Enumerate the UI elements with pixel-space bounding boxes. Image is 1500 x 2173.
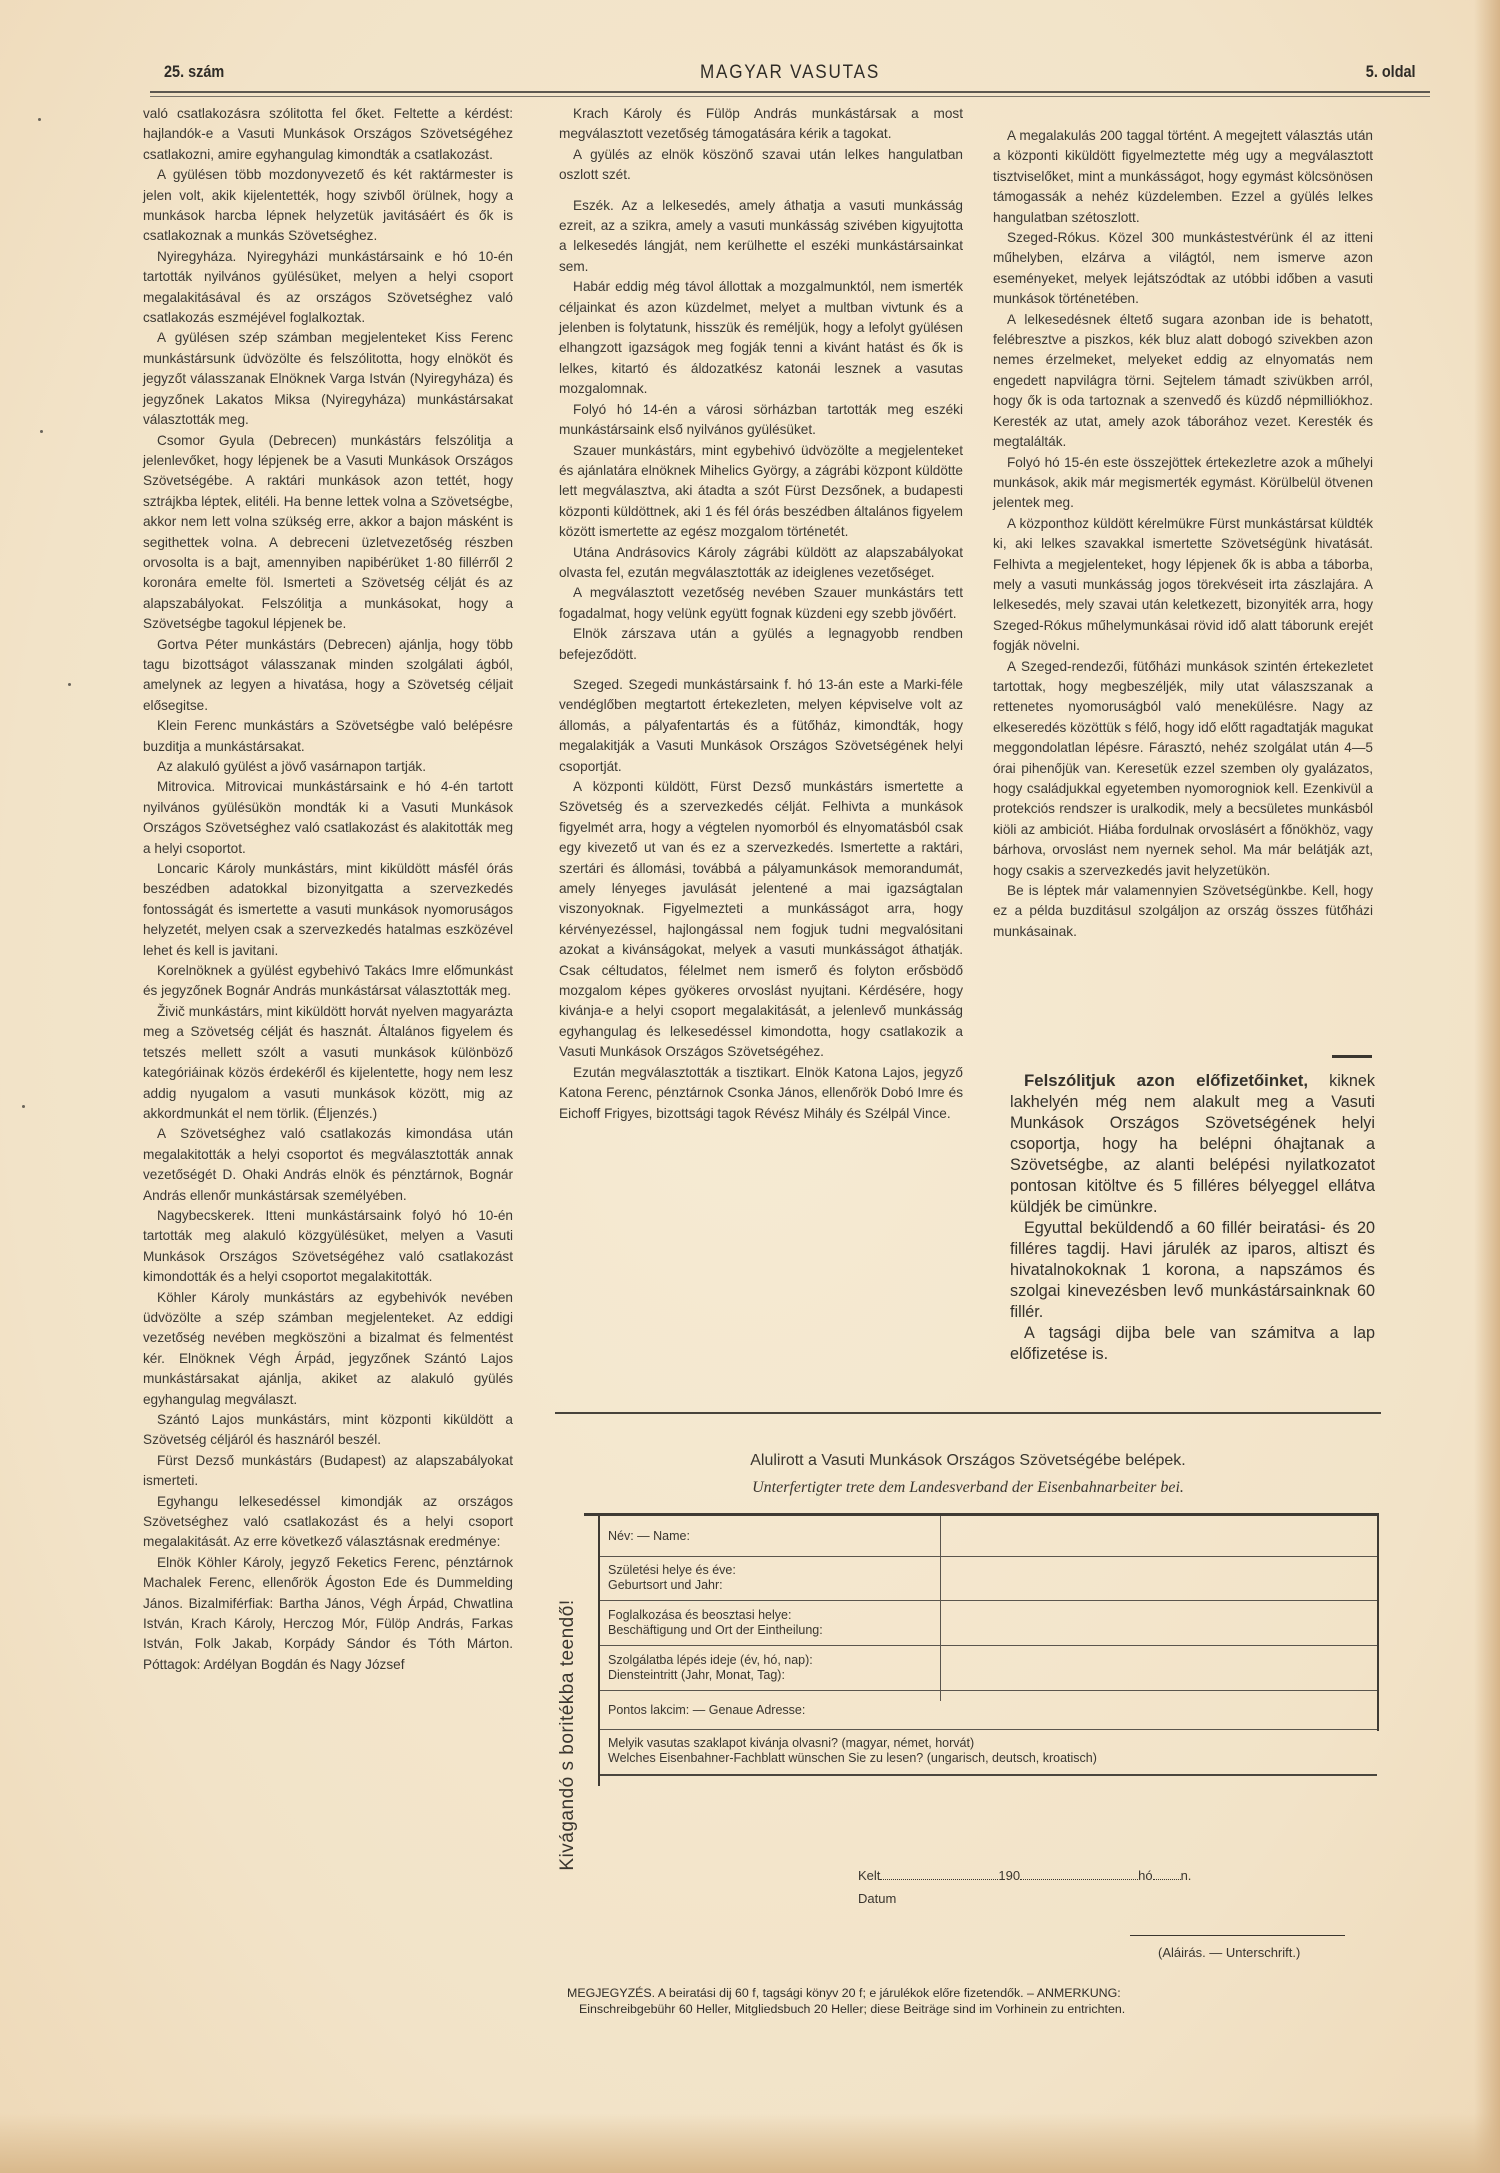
section-divider <box>1332 1055 1372 1058</box>
form-cut-line <box>555 1412 1381 1414</box>
form-field-occupation[interactable]: Foglalkozása és beosztasi helye:Beschäft… <box>600 1601 1377 1646</box>
signature-line[interactable] <box>1130 1935 1345 1936</box>
paragraph-szeged: Szeged. Szegedi munkástársaink f. hó 13-… <box>559 675 963 777</box>
paragraph-eszek: Eszék. Az a lelkesedés, amely áthatja a … <box>559 196 963 278</box>
appeal-text: kiknek lakhelyén még nem alakult meg a V… <box>1010 1072 1375 1216</box>
paragraph-nagybecskerek: Nagybecskerek. Itteni munkástársaink fol… <box>143 1206 513 1288</box>
paragraph: Elnök zárszava után a gyülés a legnagyob… <box>559 624 963 665</box>
paragraph: A gyülés az elnök köszönő szavai után le… <box>559 145 963 186</box>
paragraph: Živič munkástárs, mint kiküldött horvát … <box>143 1002 513 1124</box>
paragraph: Loncaric Károly munkástárs, mint kiküldö… <box>143 859 513 961</box>
form-field-service-start[interactable]: Szolgálatba lépés ideje (év, hó, nap):Di… <box>600 1646 1377 1691</box>
paragraph: Köhler Károly munkástárs az egybehivók n… <box>143 1288 513 1410</box>
paragraph: Gortva Péter munkástárs (Debrecen) ajánl… <box>143 635 513 717</box>
paper-edge-shadow-right <box>1474 0 1500 2173</box>
paragraph: A Szövetséghez való csatlakozás kimondás… <box>143 1124 513 1206</box>
page-number: 5. oldal <box>1366 62 1416 82</box>
column-1: való csatlakozásra szólitotta fel őket. … <box>143 104 513 1675</box>
paper-speck <box>68 683 71 686</box>
appeal-fees: Egyuttal beküldendő a 60 fillér beiratás… <box>1010 1218 1375 1323</box>
paragraph: Az alakuló gyülést a jövő vasárnapon tar… <box>143 757 513 777</box>
form-field-birthplace[interactable]: Születési helye és éve:Geburtsort und Ja… <box>600 1557 1377 1601</box>
form-title-hungarian: Alulirott a Vasuti Munkások Országos Szö… <box>555 1452 1381 1470</box>
paragraph: Be is léptek már valamennyien Szövetségü… <box>993 881 1373 942</box>
footnote: MEGJEGYZÉS. A beiratási dij 60 f, tagság… <box>567 1985 1387 2017</box>
paper-edge-shadow <box>0 2113 1500 2173</box>
cut-out-instruction: Kivágandó s boritékba teendő! <box>548 1545 588 1925</box>
paragraph: Szántó Lajos munkástárs, mint központi k… <box>143 1410 513 1451</box>
appeal-note: A tagsági dijba bele van számitva a lap … <box>1010 1323 1375 1365</box>
paragraph: A megválasztott vezetőség nevében Szauer… <box>559 583 963 624</box>
paragraph: A központi küldött, Fürst Dezső munkástá… <box>559 777 963 1063</box>
paragraph: Korelnöknek a gyülést egybehivó Takács I… <box>143 961 513 1002</box>
appeal-lead: Felszólitjuk azon előfizetőinket, <box>1024 1071 1308 1090</box>
paper-speck <box>22 1105 25 1108</box>
signature-label: (Aláirás. — Unterschrift.) <box>1158 1945 1300 1960</box>
paragraph: való csatlakozásra szólitotta fel őket. … <box>143 104 513 165</box>
newspaper-title: MAGYAR VASUTAS <box>214 62 1366 84</box>
footnote-german: Einschreibgebühr 60 Heller, Mitgliedsbuc… <box>567 2001 1387 2017</box>
form-field-address[interactable]: Pontos lakcim: — Genaue Adresse: <box>600 1691 1377 1730</box>
paragraph: A lelkesedésnek éltető sugara azonban id… <box>993 310 1373 453</box>
header-rule-thin <box>150 96 1430 97</box>
paragraph: A Szeged-rendezői, fütőházi munkások szi… <box>993 657 1373 881</box>
paragraph-szeged-rokus: Szeged-Rókus. Közel 300 munkástestvérünk… <box>993 228 1373 310</box>
paragraph: Szauer munkástárs, mint egybehivó üdvözö… <box>559 441 963 543</box>
membership-form: Név: — Name: Születési helye és éve:Gebu… <box>584 1513 1379 1786</box>
paragraph: Folyó hó 14-én a városi sörházban tartot… <box>559 400 963 441</box>
paper-speck <box>40 430 43 433</box>
paragraph: A központhoz küldött kérelmükre Fürst mu… <box>993 514 1373 657</box>
paragraph: Folyó hó 15-én este összejöttek értekezl… <box>993 453 1373 514</box>
newspaper-page: 25. szám MAGYAR VASUTAS 5. oldal való cs… <box>0 0 1500 2173</box>
paragraph: A gyülésen több mozdonyvezető és két rak… <box>143 165 513 247</box>
paragraph: Elnök Köhler Károly, jegyző Feketics Fer… <box>143 1553 513 1675</box>
paragraph-nyiregyhaza: Nyiregyháza. Nyiregyházi munkástársaink … <box>143 247 513 329</box>
column-3: A megalakulás 200 taggal történt. A mege… <box>993 126 1373 942</box>
column-2: Krach Károly és Fülöp András munkástársa… <box>559 104 963 1124</box>
form-field-journal-language[interactable]: Melyik vasutas szaklapot kivánja olvasni… <box>600 1730 1377 1776</box>
footnote-hungarian: MEGJEGYZÉS. A beiratási dij 60 f, tagság… <box>567 1985 1387 2001</box>
date-line[interactable]: Kelt190hón. <box>858 1868 1191 1883</box>
paragraph: Ezután megválasztották a tisztikart. Eln… <box>559 1063 963 1124</box>
paragraph: A gyülésen szép számban megjelenteket Ki… <box>143 328 513 430</box>
paragraph: A megalakulás 200 taggal történt. A mege… <box>993 126 1373 228</box>
paragraph: Csomor Gyula (Debrecen) munkástárs felsz… <box>143 431 513 635</box>
paragraph: Egyhangu lelkesedéssel kimondják az orsz… <box>143 1492 513 1553</box>
paragraph-mitrovica: Mitrovica. Mitrovicai munkástársaink e h… <box>143 777 513 859</box>
paragraph: Krach Károly és Fülöp András munkástársa… <box>559 104 963 145</box>
header-rule <box>150 91 1430 93</box>
paragraph: Klein Ferenc munkástárs a Szövetségbe va… <box>143 716 513 757</box>
form-field-name[interactable]: Név: — Name: <box>600 1516 1377 1557</box>
page-header: 25. szám MAGYAR VASUTAS 5. oldal <box>150 56 1430 86</box>
paragraph: Fürst Dezső munkástárs (Budapest) az ala… <box>143 1451 513 1492</box>
paper-speck <box>38 118 41 121</box>
datum-label: Datum <box>858 1891 896 1906</box>
paragraph: Utána Andrásovics Károly zágrábi küldött… <box>559 543 963 584</box>
subscriber-appeal: Felszólitjuk azon előfizetőinket, kiknek… <box>1010 1070 1375 1365</box>
form-title-german: Unterfertigter trete dem Landesverband d… <box>555 1479 1381 1497</box>
paragraph: Habár eddig még távol állottak a mozgalm… <box>559 277 963 399</box>
